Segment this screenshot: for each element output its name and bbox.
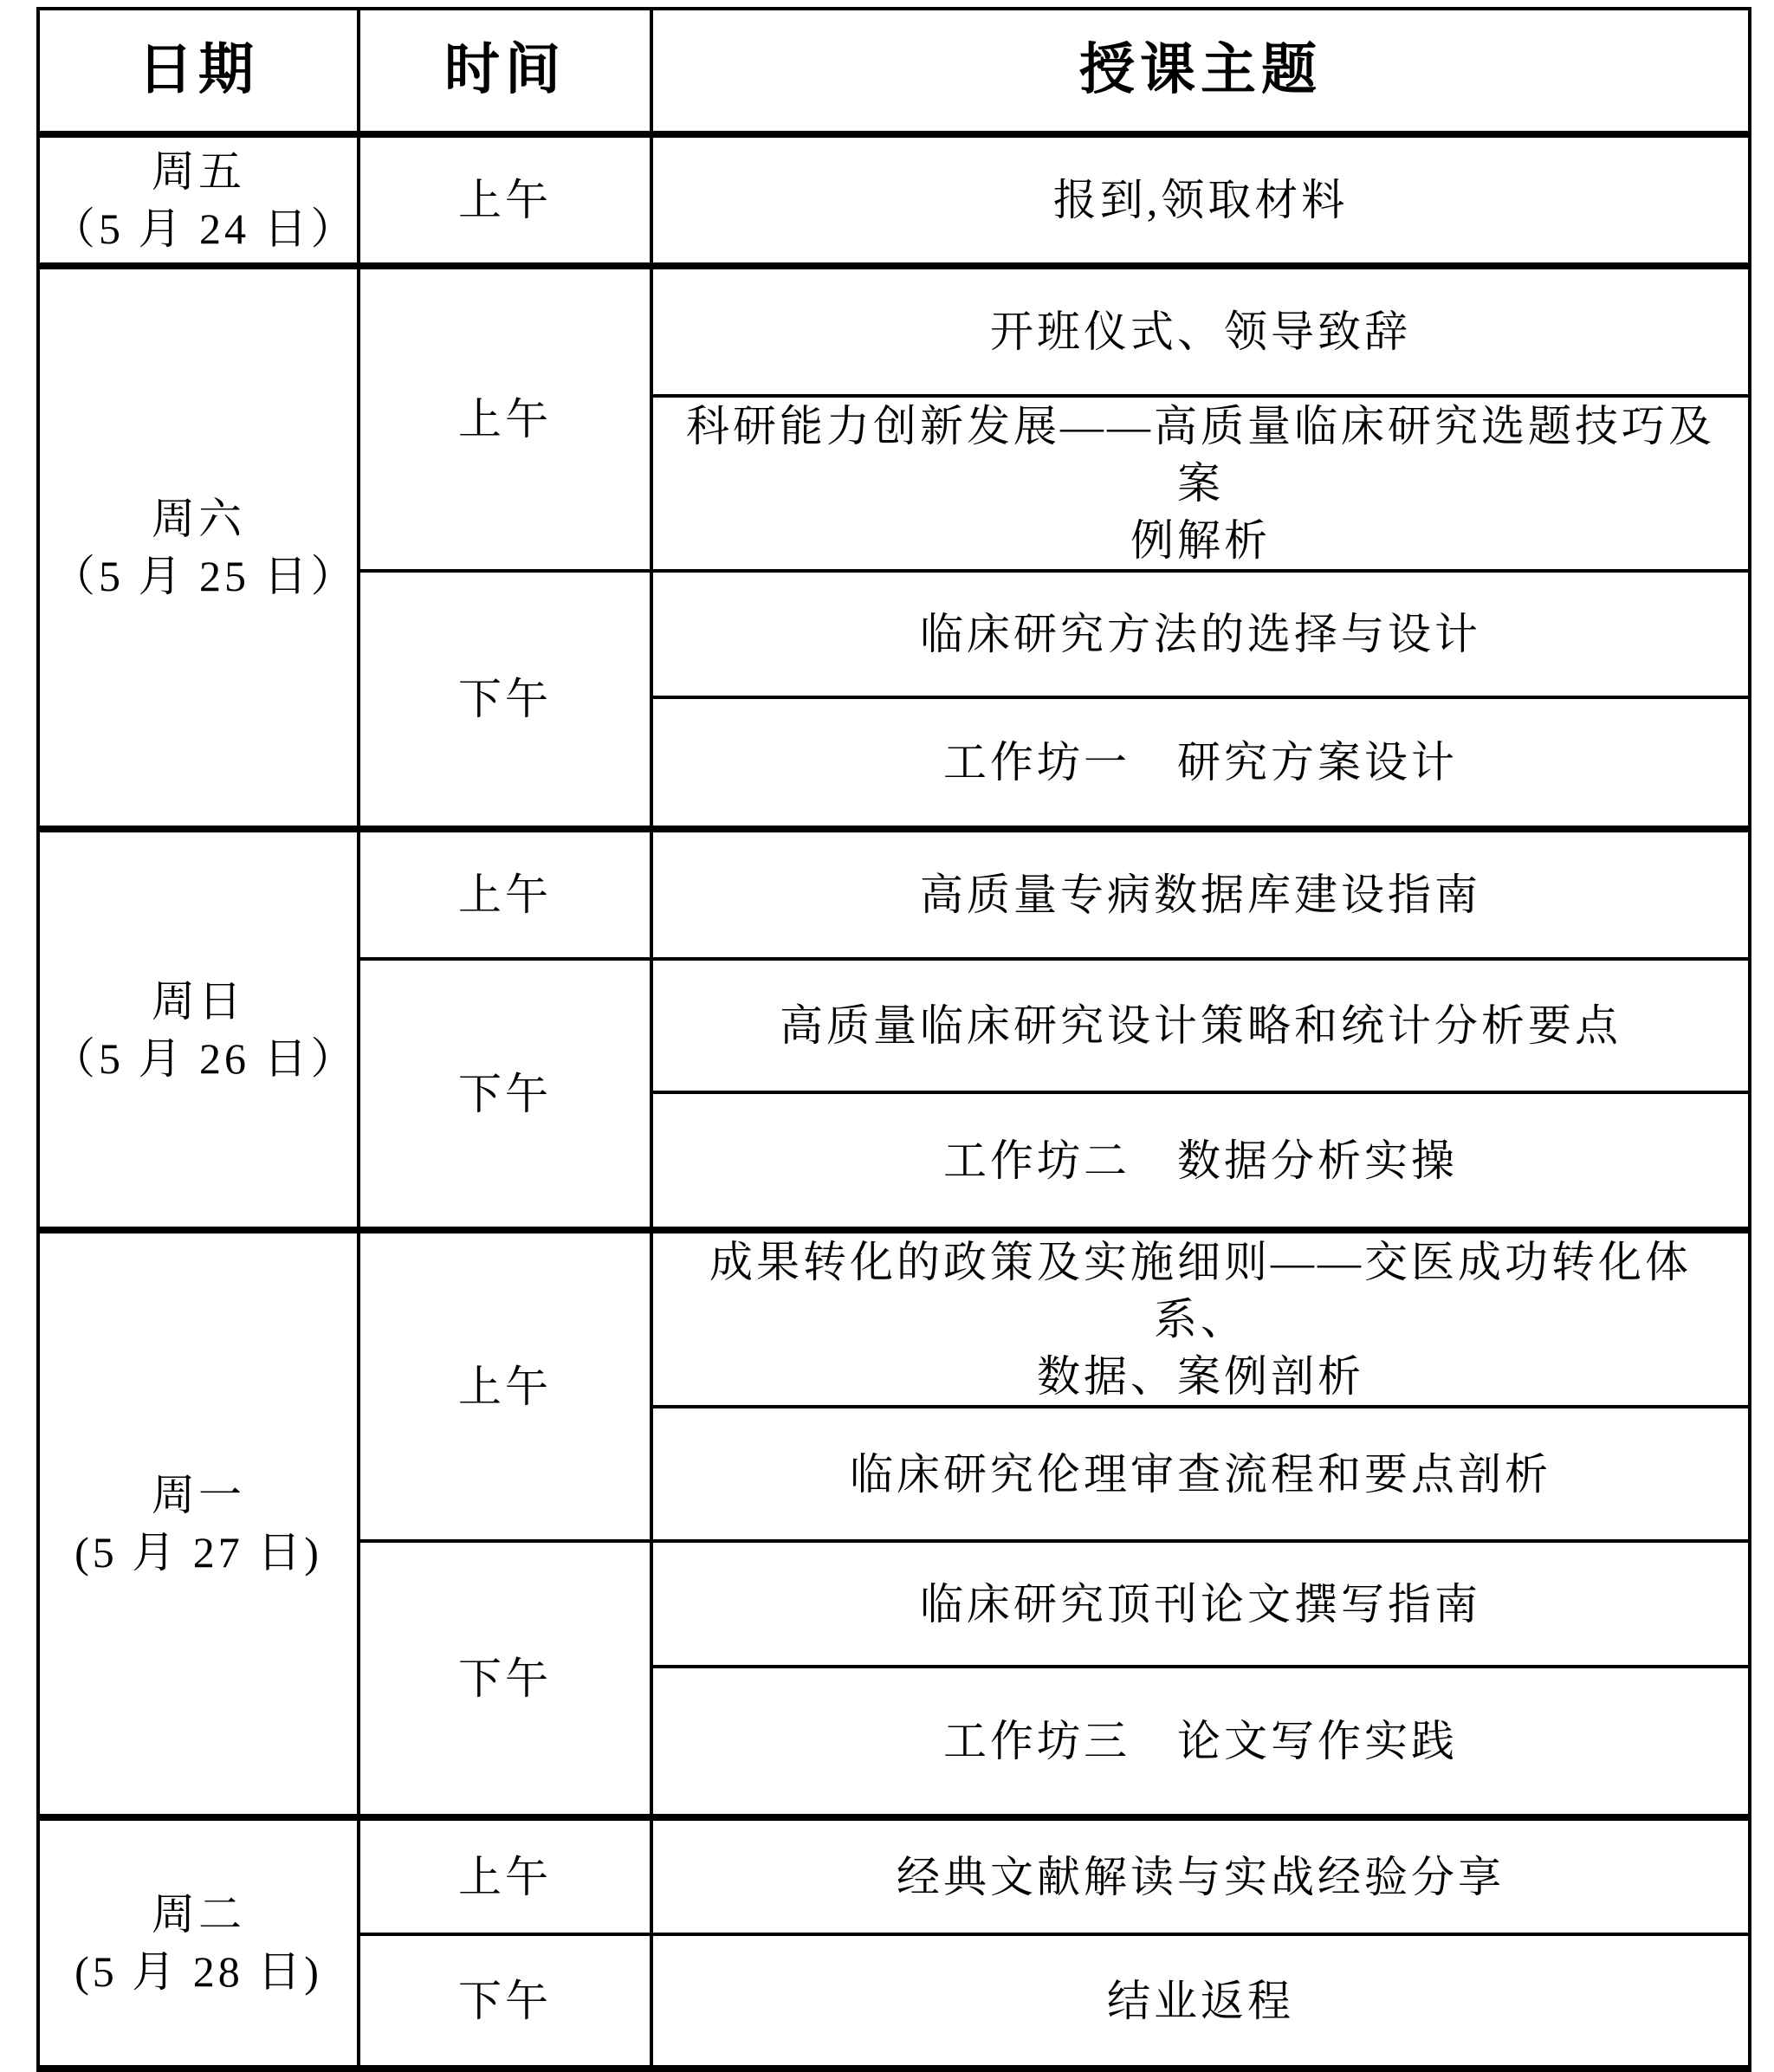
topic-line: 开班仪式、领导致辞 [665,303,1736,360]
topic-cell: 科研能力创新发展——高质量临床研究选题技巧及案 例解析 [651,396,1750,571]
topic-line: 临床研究顶刊论文撰写指南 [665,1576,1736,1633]
topic-cell: 工作坊三 论文写作实践 [651,1667,1750,1817]
topic-cell: 成果转化的政策及实施细则——交医成功转化体系、 数据、案例剖析 [651,1230,1750,1407]
course-schedule-table: 日期 时间 授课主题 周五 （5 月 24 日） 上午 报到,领取材料 周六 （… [36,7,1751,2072]
topic-cell: 经典文献解读与实战经验分享 [651,1817,1750,1934]
time-cell-morning: 上午 [359,134,651,266]
date-day-line: 周二 [52,1886,345,1943]
topic-cell: 工作坊二 数据分析实操 [651,1092,1750,1230]
date-day-line: 周五 [52,143,345,200]
time-cell-morning: 上午 [359,829,651,959]
date-cell-tuesday: 周二 (5 月 28 日) [38,1817,359,2069]
page: { "page": { "background_color": "#ffffff… [0,0,1774,2040]
topic-line: 工作坊一 研究方案设计 [665,734,1736,791]
topic-line: 成果转化的政策及实施细则——交医成功转化体系、 [665,1233,1736,1348]
topic-cell: 结业返程 [651,1934,1750,2069]
date-date-line: (5 月 28 日) [52,1943,345,2000]
date-date-line: （5 月 26 日） [52,1030,345,1087]
topic-cell: 报到,领取材料 [651,134,1750,266]
topic-cell: 工作坊一 研究方案设计 [651,697,1750,829]
table-row: 周六 （5 月 25 日） 上午 开班仪式、领导致辞 [38,266,1750,396]
topic-cell: 临床研究顶刊论文撰写指南 [651,1541,1750,1667]
date-date-line: （5 月 24 日） [52,200,345,257]
topic-line: 例解析 [665,512,1736,569]
topic-cell: 开班仪式、领导致辞 [651,266,1750,396]
topic-line: 经典文献解读与实战经验分享 [665,1849,1736,1906]
time-cell-morning: 上午 [359,266,651,571]
topic-cell: 高质量专病数据库建设指南 [651,829,1750,959]
header-cell-topic: 授课主题 [651,9,1750,134]
topic-line: 科研能力创新发展——高质量临床研究选题技巧及案 [665,398,1736,512]
date-cell-saturday: 周六 （5 月 25 日） [38,266,359,829]
topic-line: 报到,领取材料 [665,172,1736,229]
header-cell-date: 日期 [38,9,359,134]
table-row: 周日 （5 月 26 日） 上午 高质量专病数据库建设指南 [38,829,1750,959]
header-cell-time: 时间 [359,9,651,134]
topic-line: 高质量临床研究设计策略和统计分析要点 [665,997,1736,1054]
date-cell-sunday: 周日 （5 月 26 日） [38,829,359,1230]
topic-line: 临床研究方法的选择与设计 [665,605,1736,663]
date-day-line: 周日 [52,973,345,1030]
table-row: 周二 (5 月 28 日) 上午 经典文献解读与实战经验分享 [38,1817,1750,1934]
table-row: 周一 (5 月 27 日) 上午 成果转化的政策及实施细则——交医成功转化体系、… [38,1230,1750,1407]
date-day-line: 周六 [52,490,345,547]
time-cell-afternoon: 下午 [359,571,651,829]
time-cell-afternoon: 下午 [359,1934,651,2069]
time-cell-morning: 上午 [359,1817,651,1934]
time-cell-afternoon: 下午 [359,959,651,1230]
table-header-row: 日期 时间 授课主题 [38,9,1750,134]
topic-cell: 临床研究伦理审查流程和要点剖析 [651,1407,1750,1541]
date-date-line: （5 月 25 日） [52,547,345,605]
topic-line: 数据、案例剖析 [665,1348,1736,1405]
topic-line: 工作坊二 数据分析实操 [665,1132,1736,1189]
topic-cell: 临床研究方法的选择与设计 [651,571,1750,697]
topic-line: 临床研究伦理审查流程和要点剖析 [665,1446,1736,1503]
time-cell-morning: 上午 [359,1230,651,1541]
table-row: 周五 （5 月 24 日） 上午 报到,领取材料 [38,134,1750,266]
topic-cell: 高质量临床研究设计策略和统计分析要点 [651,959,1750,1092]
date-cell-monday: 周一 (5 月 27 日) [38,1230,359,1817]
date-cell-friday: 周五 （5 月 24 日） [38,134,359,266]
topic-line: 高质量专病数据库建设指南 [665,866,1736,923]
topic-line: 工作坊三 论文写作实践 [665,1713,1736,1770]
date-date-line: (5 月 27 日) [52,1524,345,1581]
date-day-line: 周一 [52,1467,345,1524]
topic-line: 结业返程 [665,1972,1736,2030]
time-cell-afternoon: 下午 [359,1541,651,1817]
